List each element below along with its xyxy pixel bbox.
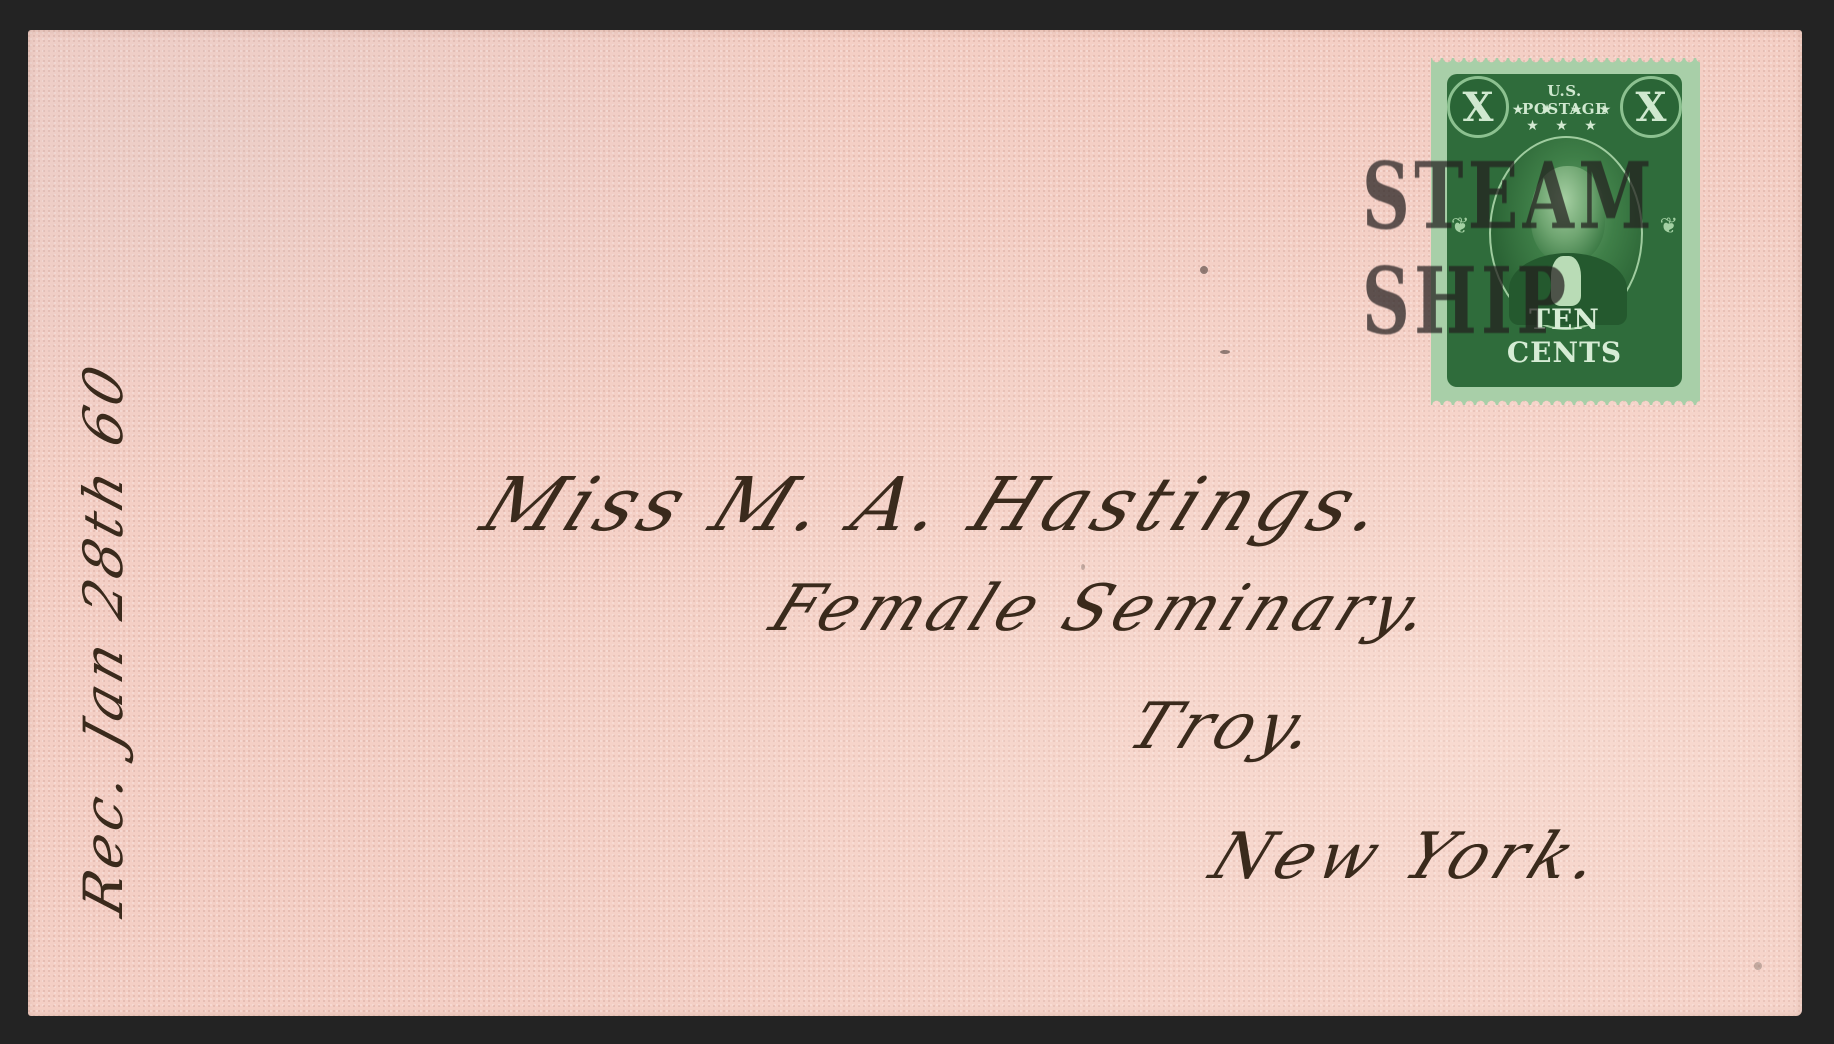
docketing-note: Rec. Jan 28th 60	[72, 352, 135, 923]
foxing-spot	[1081, 564, 1085, 570]
scroll-ornament-icon: ❦	[1660, 214, 1678, 239]
stamp-stars: ★ ★ ★ ★ ★ ★ ★	[1502, 102, 1627, 134]
foxing-spot	[1754, 962, 1762, 970]
postmark-line-2: SHIP	[1362, 255, 1570, 347]
stamp-corner-right: X	[1620, 76, 1682, 138]
address-recipient: Miss M. A. Hastings.	[470, 462, 1404, 548]
postmark-line-1: STEAM	[1362, 150, 1656, 242]
foxing-spot	[1200, 266, 1208, 274]
address-city: Troy.	[1118, 690, 1333, 764]
address-state: New York.	[1200, 820, 1618, 894]
address-institution: Female Seminary.	[760, 572, 1447, 646]
stamp-corner-left: X	[1447, 76, 1509, 138]
foxing-spot	[1220, 350, 1230, 354]
